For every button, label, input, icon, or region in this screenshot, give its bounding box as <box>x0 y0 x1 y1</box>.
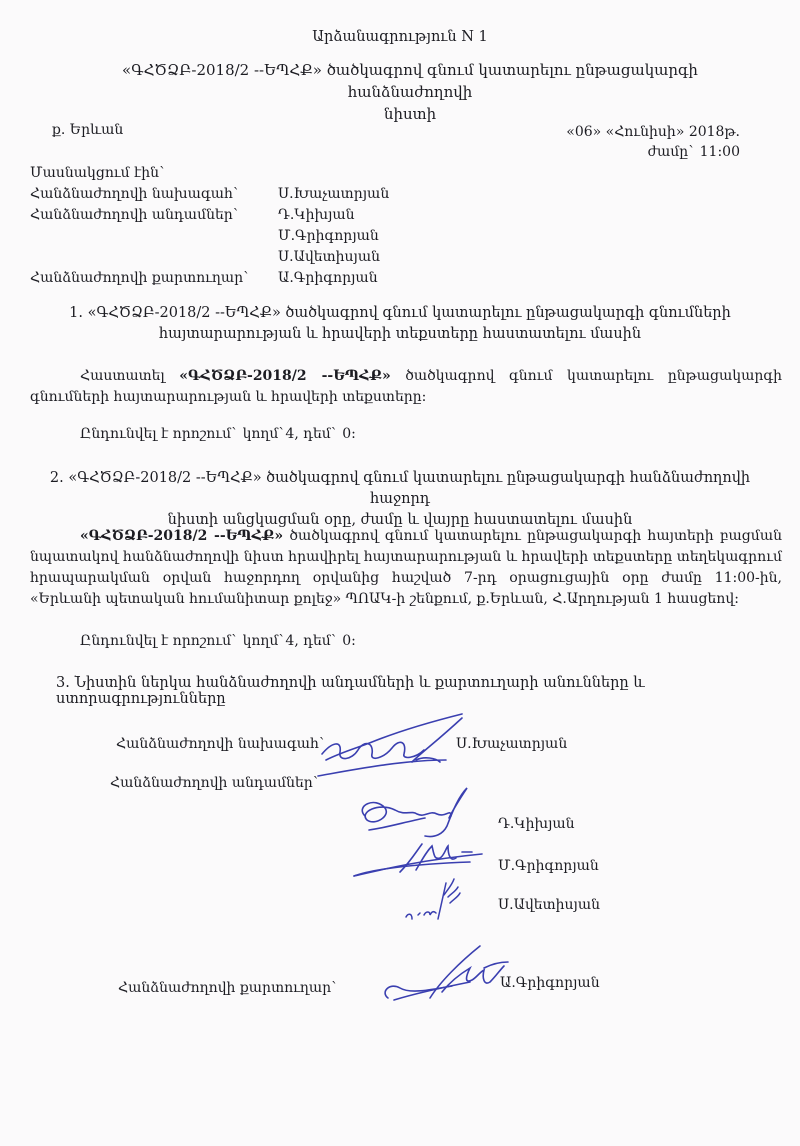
attendance-name: Ս.Խաչատրյան <box>278 184 389 205</box>
members-label: Հանձնաժողովի անդամներ` <box>110 775 320 791</box>
chair-label: Հանձնաժողովի նախագահ` <box>116 736 326 752</box>
attendance-name: Ս.Ավետիսյան <box>278 247 380 268</box>
attendance-row: Հանձնաժողովի քարտուղար` Ա.Գրիգորյան <box>30 268 389 289</box>
chair-signature <box>312 712 462 786</box>
attendance-role: Հանձնաժողովի քարտուղար` <box>30 268 278 289</box>
procurement-code: «ԳՀԾՁԲ-2018/2 --ԵՊՀՔ» <box>80 528 283 544</box>
attendance-name: Ա.Գրիգորյան <box>278 268 378 289</box>
attendance-row: Հանձնաժողովի անդամներ` Դ.Կիխյան <box>30 205 389 226</box>
time: ժամը` 11:00 <box>566 142 740 162</box>
attendance-row: Հանձնաժողովի նախագահ` Ս.Խաչատրյան <box>30 184 389 205</box>
section-2-heading-line-1: 2. «ԳՀԾՁԲ-2018/2 --ԵՊՀՔ» ծածկագրով գնում… <box>40 468 760 510</box>
body-prefix: Հաստատել <box>80 368 179 384</box>
secretary-signature <box>380 942 510 1016</box>
member-3-signature <box>404 875 464 929</box>
attendance-heading: Մասնակցում էին` <box>30 163 389 184</box>
attendance-role <box>30 247 278 268</box>
date: «06» «Հունիսի» 2018թ. <box>566 122 740 142</box>
member-3-name: Ս.Ավետիսյան <box>498 897 600 913</box>
section-2-heading: 2. «ԳՀԾՁԲ-2018/2 --ԵՊՀՔ» ծածկագրով գնում… <box>40 468 760 531</box>
section-1-heading-line-2: հայտարարության և հրավերի տեքստերը հաստատ… <box>40 324 760 345</box>
section-1-heading: 1. «ԳՀԾՁԲ-2018/2 --ԵՊՀՔ» ծածկագրով գնում… <box>40 303 760 345</box>
attendance-row: Մ.Գրիգորյան <box>30 226 389 247</box>
attendance-role: Հանձնաժողովի անդամներ` <box>30 205 278 226</box>
member-1-name: Դ.Կիխյան <box>498 816 575 832</box>
attendance-role: Հանձնաժողովի նախագահ` <box>30 184 278 205</box>
attendance-row: Ս.Ավետիսյան <box>30 247 389 268</box>
chair-name: Ս.Խաչատրյան <box>456 736 567 752</box>
section-1-body: Հաստատել «ԳՀԾՁԲ-2018/2 --ԵՊՀՔ» ծածկագրով… <box>30 366 782 408</box>
date-time-block: «06» «Հունիսի» 2018թ. ժամը` 11:00 <box>566 122 740 162</box>
section-2-vote: Ընդունվել է որոշում` կողմ`4, դեմ` 0: <box>80 633 356 649</box>
section-3-heading: 3. Նիստին ներկա հանձնաժողովի անդամների և… <box>56 675 800 707</box>
member-2-name: Մ.Գրիգորյան <box>498 858 599 874</box>
attendance-name: Մ.Գրիգորյան <box>278 226 379 247</box>
subtitle-line-1: «ԳՀԾՁԲ-2018/2 --ԵՊՀՔ» ծածկագրով գնում կա… <box>60 59 760 103</box>
section-2-body: «ԳՀԾՁԲ-2018/2 --ԵՊՀՔ» ծածկագրով գնում կա… <box>30 526 782 610</box>
document-title: Արձանագրություն N 1 <box>0 29 800 45</box>
secretary-label: Հանձնաժողովի քարտուղար` <box>118 980 338 996</box>
city: ք. Երևան <box>52 122 123 138</box>
attendance-list: Մասնակցում էին` Հանձնաժողովի նախագահ` Ս.… <box>30 163 389 289</box>
section-1-heading-line-1: 1. «ԳՀԾՁԲ-2018/2 --ԵՊՀՔ» ծածկագրով գնում… <box>40 303 760 324</box>
attendance-role <box>30 226 278 247</box>
document-subtitle: «ԳՀԾՁԲ-2018/2 --ԵՊՀՔ» ծածկագրով գնում կա… <box>60 59 760 125</box>
attendance-name: Դ.Կիխյան <box>278 205 355 226</box>
procurement-code: «ԳՀԾՁԲ-2018/2 --ԵՊՀՔ» <box>179 368 390 384</box>
secretary-name: Ա.Գրիգորյան <box>500 975 600 991</box>
section-1-vote: Ընդունվել է որոշում` կողմ`4, դեմ` 0: <box>80 426 356 442</box>
